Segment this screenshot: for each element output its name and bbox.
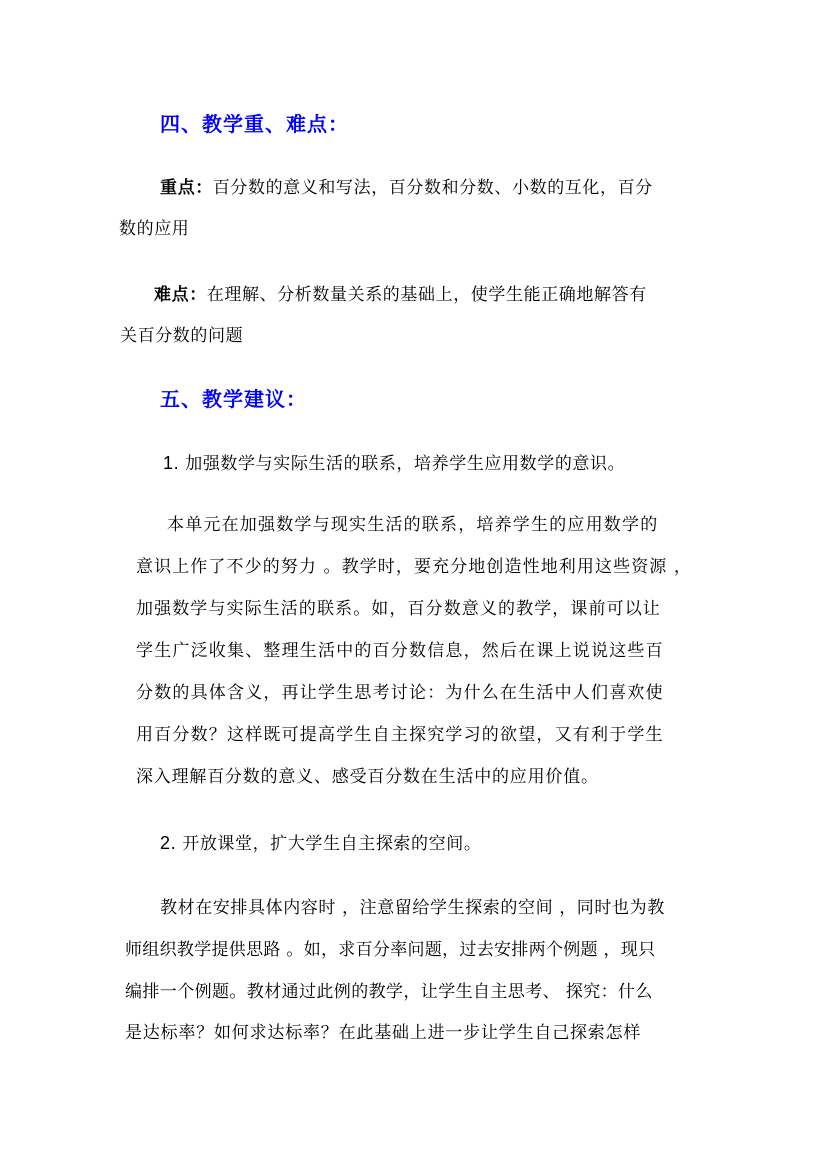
suggestion-number: 2. (160, 833, 176, 853)
section-heading-difficulties: 四、教学重、难点： (160, 113, 349, 135)
suggestion-title: 开放课堂，扩大学生自主探索的空间。 (182, 834, 481, 854)
difficult-points-paragraph: 难点：在理解、分析数量关系的基础上，使学生能正确地解答有 (154, 284, 647, 306)
paragraph-line: 是达标率？如何求达标率？在此基础上进一步让学生自己探索怎样 (125, 1022, 641, 1044)
difficult-points-line: 关百分数的问题 (120, 325, 243, 347)
section-heading-suggestions: 五、教学建议： (160, 388, 307, 410)
key-points-line: 数的应用 (119, 218, 189, 240)
difficult-points-line: 在理解、分析数量关系的基础上，使学生能正确地解答有 (207, 285, 647, 305)
suggestion-title: 加强数学与实际生活的联系，培养学生应用数学的意识。 (185, 454, 625, 474)
paragraph-line: 师组织教学提供思路 。如，求百分率问题，过去安排两个例题 ，现只 (125, 939, 655, 961)
suggestion-number: 1. (163, 453, 179, 473)
paragraph-line: 深入理解百分数的意义、感受百分数在生活中的应用价值。 (136, 766, 599, 788)
paragraph-line: 意识上作了不少的努力 。教学时，要充分地创造性地利用这些资源 ， (136, 556, 692, 578)
paragraph-line: 本单元在加强数学与现实生活的联系，培养学生的应用数学的 (167, 514, 658, 536)
suggestion-1-title-row: 1. 加强数学与实际生活的联系，培养学生应用数学的意识。 (163, 452, 625, 475)
paragraph-line: 用百分数？这样既可提高学生自主探究学习的欲望，又有利于学生 (136, 724, 664, 746)
paragraph-line: 教材在安排具体内容时 ，注意留给学生探索的空间 ，同时也为教 (160, 897, 665, 919)
key-points-line: 百分数的意义和写法，百分数和分数、小数的互化，百分 (213, 178, 653, 198)
paragraph-line: 学生广泛收集、整理生活中的百分数信息，然后在课上说说这些百 (136, 640, 664, 662)
difficult-points-label: 难点： (154, 285, 207, 305)
suggestion-2-title-row: 2. 开放课堂，扩大学生自主探索的空间。 (160, 832, 481, 855)
key-points-paragraph: 重点：百分数的意义和写法，百分数和分数、小数的互化，百分 (160, 177, 653, 199)
paragraph-line: 加强数学与实际生活的联系。如，百分数意义的教学，课前可以让 (136, 598, 661, 620)
paragraph-line: 编排一个例题。教材通过此例的教学，让学生自主思考、 探究：什么 (125, 981, 653, 1003)
document-page: 四、教学重、难点： 重点：百分数的意义和写法，百分数和分数、小数的互化，百分 数… (0, 0, 827, 1170)
key-points-label: 重点： (160, 178, 213, 198)
paragraph-line: 分数的具体含义，再让学生思考讨论：为什么在生活中人们喜欢使 (136, 682, 664, 704)
